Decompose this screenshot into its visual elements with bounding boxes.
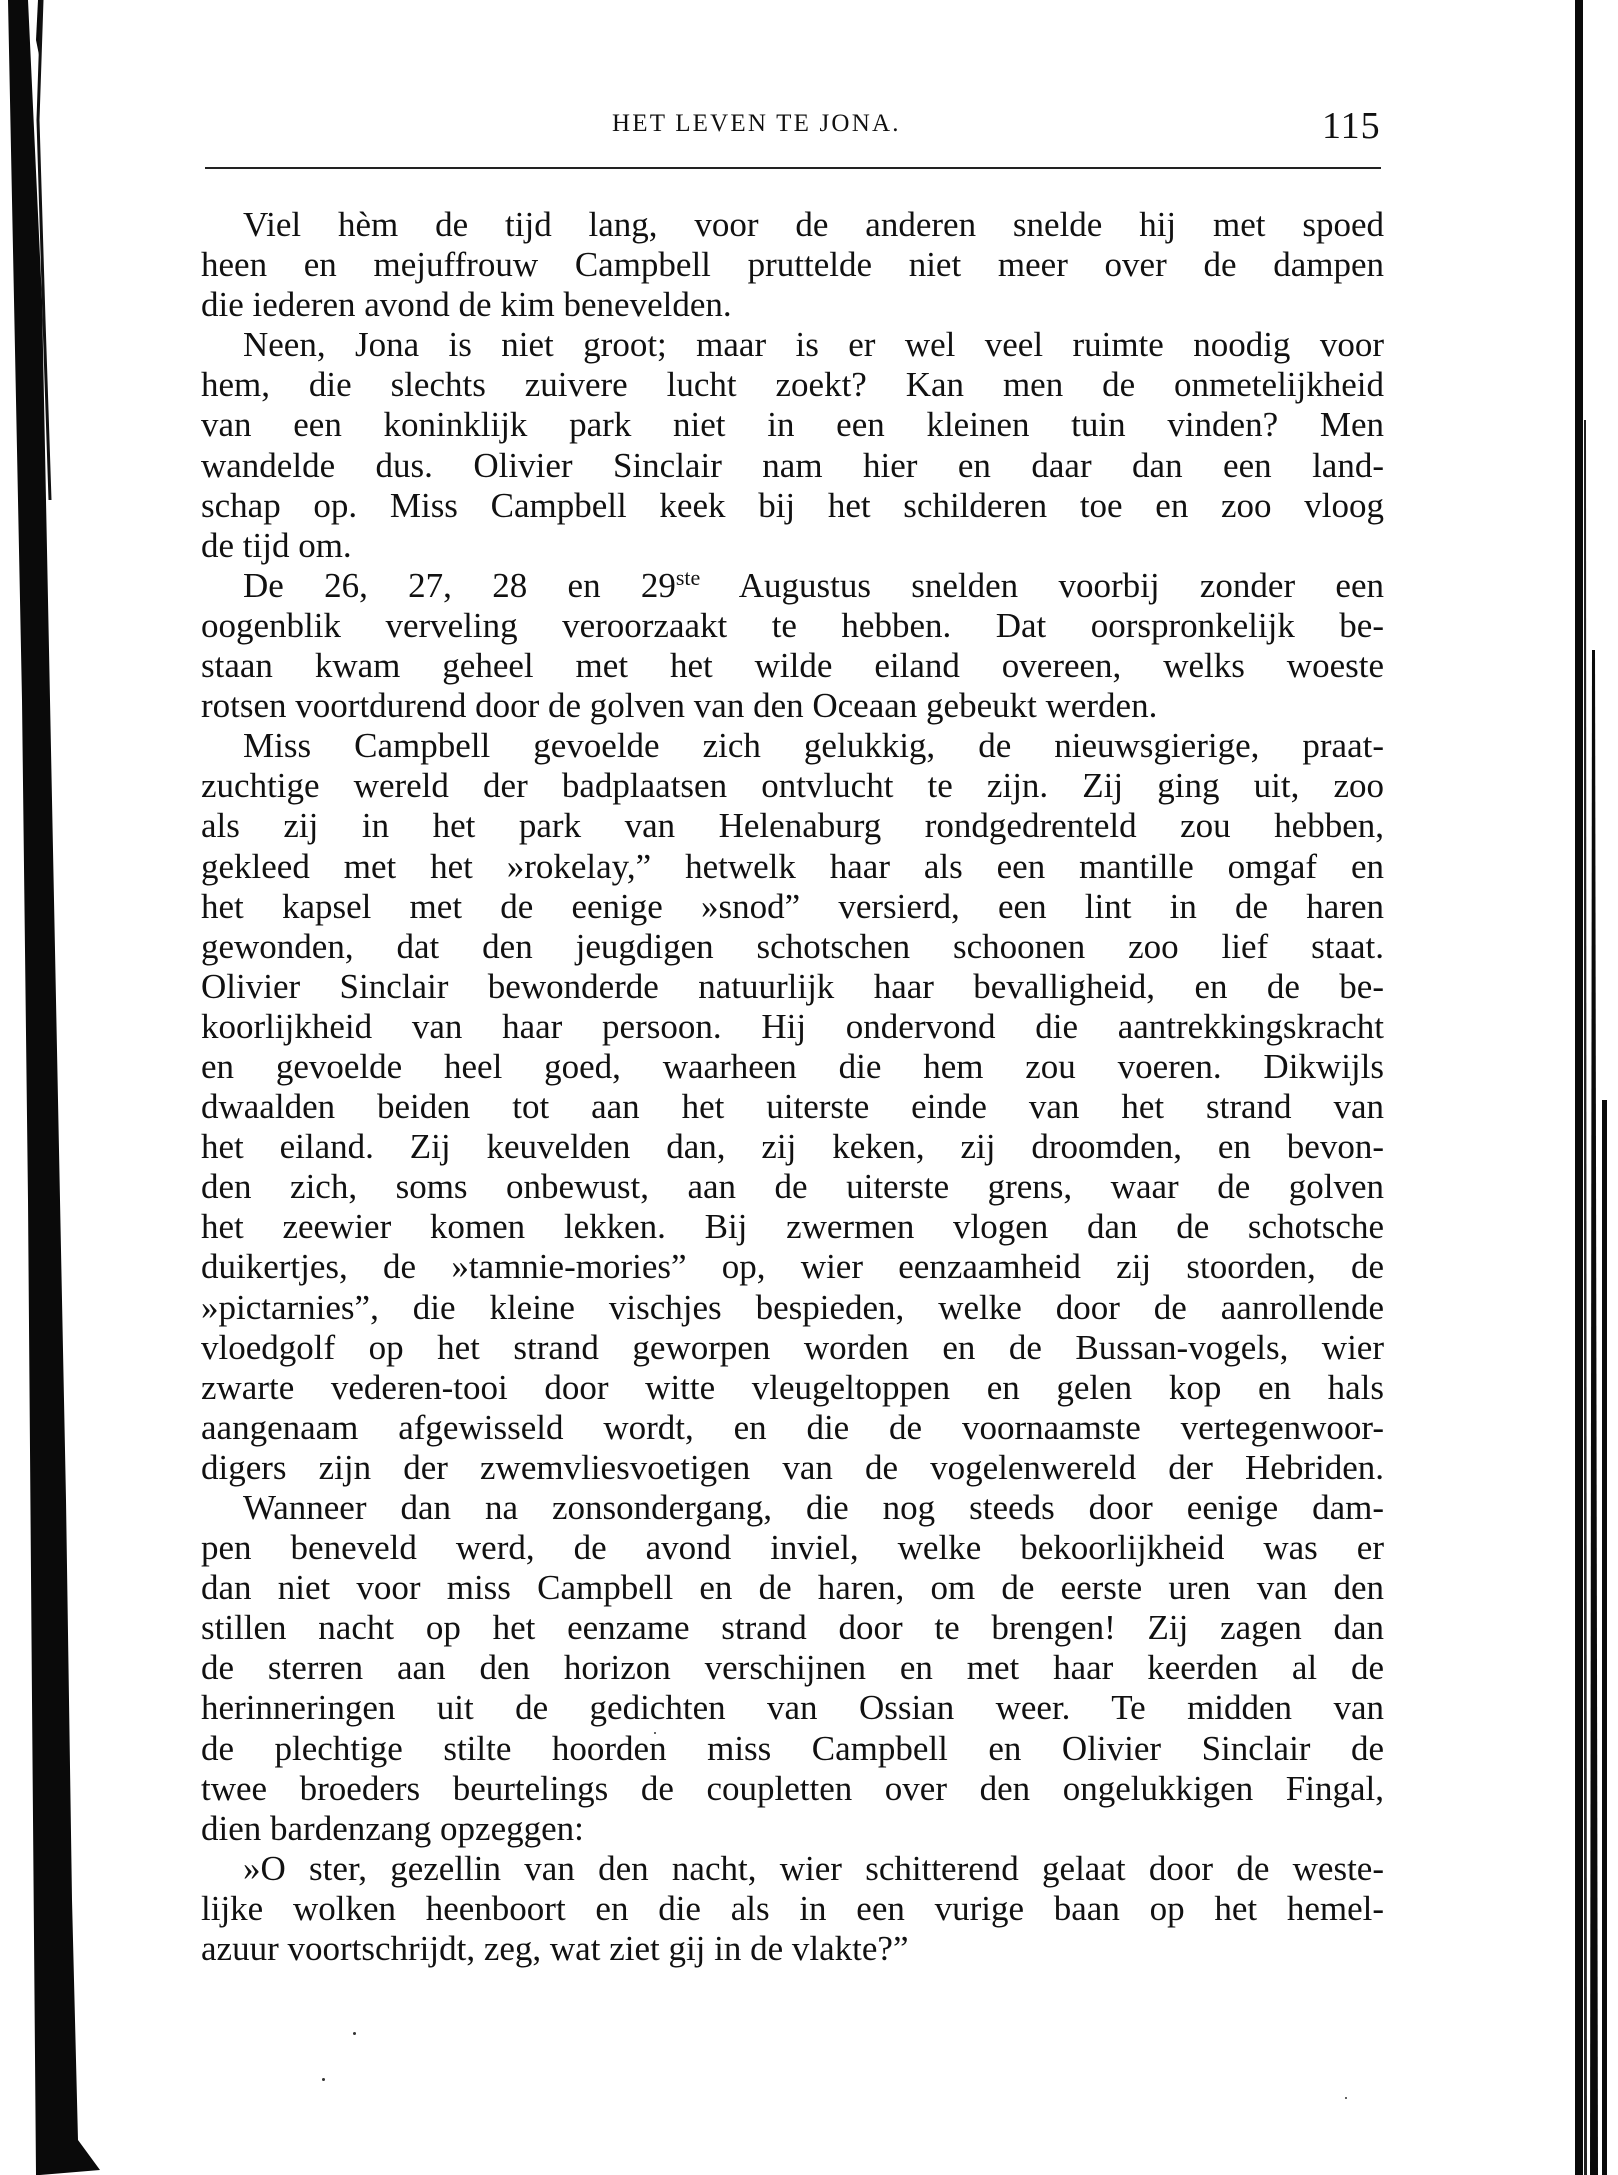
text-line: rotsen voortdurend door de golven van de… <box>201 686 1384 726</box>
text-line: Neen, Jona is niet groot; maar is er wel… <box>201 325 1384 365</box>
ordinal-suffix: ste <box>676 565 700 590</box>
text-line: wandelde dus. Olivier Sinclair nam hier … <box>201 446 1384 486</box>
text-line: staan kwam geheel met het wilde eiland o… <box>201 646 1384 686</box>
quotation: »O ster, gezellin van den nacht, wier sc… <box>201 1849 1384 1969</box>
date-text: De 26, 27, 28 en 29 <box>243 566 676 605</box>
paragraph: Viel hèm de tijd lang, voor de anderen s… <box>201 205 1384 325</box>
text-line: dan niet voor miss Campbell en de haren,… <box>201 1568 1384 1608</box>
text-line: »O ster, gezellin van den nacht, wier sc… <box>201 1849 1384 1889</box>
text-line: de plechtige stilte hoorden miss Campbel… <box>201 1729 1384 1769</box>
paragraph: Neen, Jona is niet groot; maar is er wel… <box>201 325 1384 566</box>
text-line: oogenblik verveling veroorzaakt te hebbe… <box>201 606 1384 646</box>
text-line: stillen nacht op het eenzame strand door… <box>201 1608 1384 1648</box>
text-line: den zich, soms onbewust, aan de uiterste… <box>201 1167 1384 1207</box>
header-rule <box>205 167 1381 169</box>
text-line: gewonden, dat den jeugdigen schotschen s… <box>201 927 1384 967</box>
text-line: het kapsel met de eenige »snod” versierd… <box>201 887 1384 927</box>
text-line: dien bardenzang opzeggen: <box>201 1809 1384 1849</box>
text-line: het zeewier komen lekken. Bij zwermen vl… <box>201 1207 1384 1247</box>
text-line: als zij in het park van Helenaburg rondg… <box>201 806 1384 846</box>
line-continuation: Augustus snelden voorbij zonder een <box>739 566 1384 605</box>
text-line: pen beneveld werd, de avond inviel, welk… <box>201 1528 1384 1568</box>
text-line: hem, die slechts zuivere lucht zoekt? Ka… <box>201 365 1384 405</box>
text-line: vloedgolf op het strand geworpen worden … <box>201 1328 1384 1368</box>
binding-shadow <box>0 0 120 2175</box>
text-line: schap op. Miss Campbell keek bij het sch… <box>201 486 1384 526</box>
text-line: twee broeders beurtelings de coupletten … <box>201 1769 1384 1809</box>
text-line: en gevoelde heel goed, waarheen die hem … <box>201 1047 1384 1087</box>
text-line: heen en mejuffrouw Campbell pruttelde ni… <box>201 245 1384 285</box>
text-line: azuur voortschrijdt, zeg, wat ziet gij i… <box>201 1929 1384 1969</box>
text-line: Viel hèm de tijd lang, voor de anderen s… <box>201 205 1384 245</box>
text-line: van een koninklijk park niet in een klei… <box>201 405 1384 445</box>
text-line: Wanneer dan na zonsondergang, die nog st… <box>201 1488 1384 1528</box>
text-line: »pictarnies”, die kleine vischjes bespie… <box>201 1288 1384 1328</box>
running-head: HET LEVEN TE JONA. <box>612 108 901 140</box>
text-line: het eiland. Zij keuvelden dan, zij keken… <box>201 1127 1384 1167</box>
text-line: herinneringen uit de gedichten van Ossia… <box>201 1688 1384 1728</box>
text-line: dwaalden beiden tot aan het uiterste ein… <box>201 1087 1384 1127</box>
text-line: digers zijn der zwemvliesvoetigen van de… <box>201 1448 1384 1488</box>
paragraph: Wanneer dan na zonsondergang, die nog st… <box>201 1488 1384 1849</box>
text-line: koorlijkheid van haar persoon. Hij onder… <box>201 1007 1384 1047</box>
text-line: Miss Campbell gevoelde zich gelukkig, de… <box>201 726 1384 766</box>
text-line: die iederen avond de kim benevelden. <box>201 285 1384 325</box>
body-text: Viel hèm de tijd lang, voor de anderen s… <box>201 205 1384 1969</box>
text-line: aangenaam afgewisseld wordt, en die de v… <box>201 1408 1384 1448</box>
text-line: de tijd om. <box>201 526 1384 566</box>
page-number: 115 <box>1322 104 1381 148</box>
text-line: duikertjes, de »tamnie-mories” op, wier … <box>201 1247 1384 1287</box>
text-line: zuchtige wereld der badplaatsen ontvluch… <box>201 766 1384 806</box>
text-line: zwarte vederen-tooi door witte vleugelto… <box>201 1368 1384 1408</box>
text-line: De 26, 27, 28 en 29ste Augustus snelden … <box>201 566 1384 606</box>
page-edge-stack <box>1540 0 1618 2175</box>
text-line: lijke wolken heenboort en die als in een… <box>201 1889 1384 1929</box>
text-line: gekleed met het »rokelay,” hetwelk haar … <box>201 847 1384 887</box>
text-line: Olivier Sinclair bewonderde natuurlijk h… <box>201 967 1384 1007</box>
paragraph: Miss Campbell gevoelde zich gelukkig, de… <box>201 726 1384 1488</box>
paragraph: De 26, 27, 28 en 29ste Augustus snelden … <box>201 566 1384 726</box>
text-line: de sterren aan den horizon verschijnen e… <box>201 1648 1384 1688</box>
